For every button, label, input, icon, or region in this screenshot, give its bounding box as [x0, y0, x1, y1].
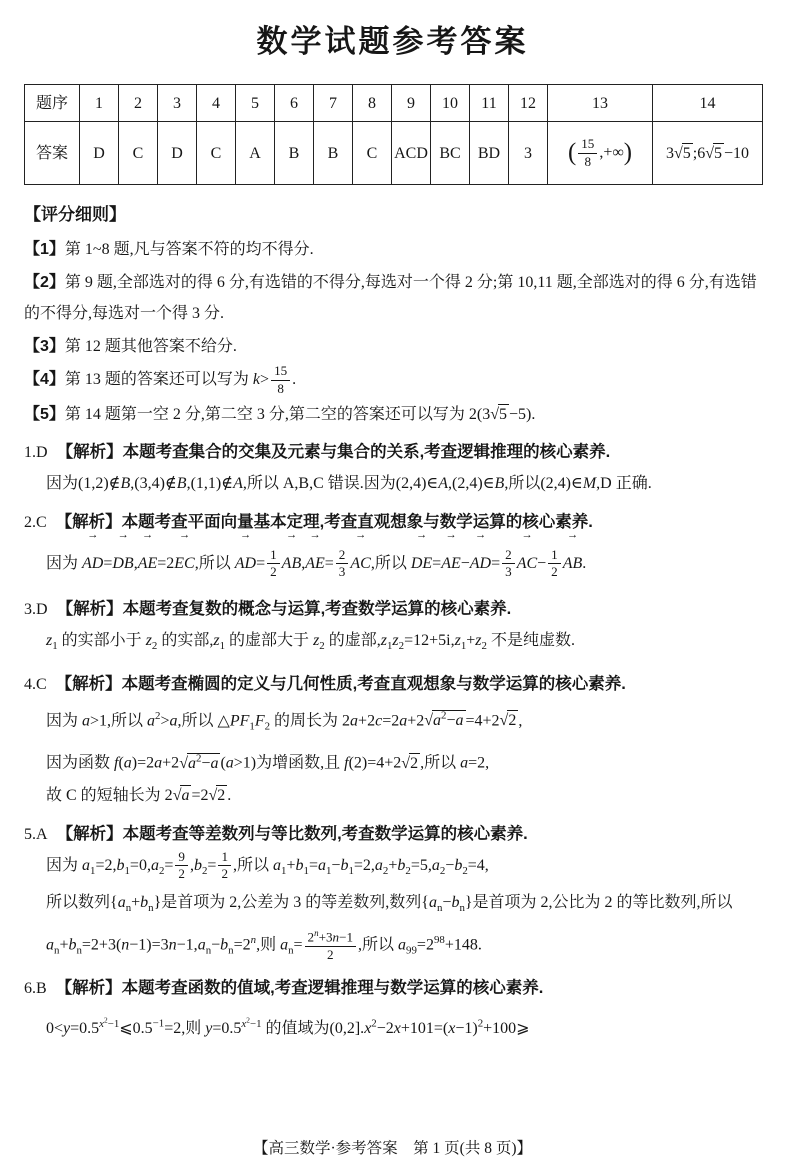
question-number-cell: 14	[653, 85, 763, 122]
question-number-cell: 1	[80, 85, 119, 122]
grading-item: 【1】第 1~8 题,凡与答案不符的均不得分.	[24, 234, 761, 265]
answer-cell: BD	[470, 122, 509, 185]
solution-analysis: 【解析】本题考查椭圆的定义与几何性质,考查直观想象与数学运算的核心素养.	[56, 675, 626, 693]
grading-item: 【5】第 14 题第一空 2 分,第二空 3 分,第二空的答案还可以写为 2(3…	[24, 399, 761, 430]
solution-body: 0<y=0.5x2−1⩽0.5−1=2,则 y=0.5x2−1 的值域为(0,2…	[46, 1004, 761, 1045]
solution-label: 5.A	[24, 826, 48, 843]
question-number-cell: 3	[158, 85, 197, 122]
solution-header: 4.C【解析】本题考查椭圆的定义与几何性质,考查直观想象与数学运算的核心素养.	[46, 669, 761, 700]
solution-label: 1.D	[24, 444, 48, 461]
solution-analysis: 【解析】本题考查等差数列与等比数列,考查数学运算的核心素养.	[57, 825, 528, 843]
question-number-cell: 6	[275, 85, 314, 122]
solution-block-5: 5.A【解析】本题考查等差数列与等比数列,考查数学运算的核心素养. 因为 a1=…	[24, 819, 761, 967]
answer-row-label: 答案	[25, 122, 80, 185]
solution-header: 6.B【解析】本题考查函数的值域,考查逻辑推理与数学运算的核心素养.	[46, 973, 761, 1004]
page-title: 数学试题参考答案	[24, 22, 761, 62]
answer-cell: A	[236, 122, 275, 185]
answer-cell: BC	[431, 122, 470, 185]
answer-cell: C	[197, 122, 236, 185]
solution-label: 4.C	[24, 676, 47, 693]
question-order-label: 题序	[25, 85, 80, 122]
answer-cell: (158,+∞)	[548, 122, 653, 185]
answer-cell: 3√5;6√5−10	[653, 122, 763, 185]
answer-cell: B	[314, 122, 353, 185]
question-number-cell: 10	[431, 85, 470, 122]
question-number-cell: 7	[314, 85, 353, 122]
answer-table-answer-row: 答案 D C D C A B B C ACD BC BD 3 (158,+∞) …	[25, 122, 763, 185]
solution-body: 因为 a>1,所以 a2>a,所以 △PF1F2 的周长为 2a+2c=2a+2…	[46, 700, 761, 812]
solution-header: 5.A【解析】本题考查等差数列与等比数列,考查数学运算的核心素养.	[46, 819, 761, 850]
grading-heading: 【评分细则】	[24, 199, 761, 230]
question-number-cell: 5	[236, 85, 275, 122]
question-number-cell: 9	[392, 85, 431, 122]
solution-body: z1 的实部小于 z2 的实部,z1 的虚部大于 z2 的虚部,z1z2=12+…	[46, 625, 761, 662]
solution-label: 3.D	[24, 601, 48, 618]
question-number-cell: 8	[353, 85, 392, 122]
answer-cell: B	[275, 122, 314, 185]
solution-body: 因为 a1=2,b1=0,a2=92,b2=12,所以 a1+b1=a1−b1=…	[46, 850, 761, 967]
solution-block-6: 6.B【解析】本题考查函数的值域,考查逻辑推理与数学运算的核心素养. 0<y=0…	[24, 973, 761, 1045]
answer-cell: D	[158, 122, 197, 185]
solution-block-1: 1.D【解析】本题考查集合的交集及元素与集合的关系,考查逻辑推理的核心素养. 因…	[24, 437, 761, 500]
solution-block-2: 2.C【解析】本题考查平面向量基本定理,考查直观想象与数学运算的核心素养. 因为…	[24, 507, 761, 587]
solution-block-4: 4.C【解析】本题考查椭圆的定义与几何性质,考查直观想象与数学运算的核心素养. …	[24, 669, 761, 812]
grading-item: 【2】第 9 题,全部选对的得 6 分,有选错的不得分,每选对一个得 2 分;第…	[24, 267, 761, 329]
solution-block-3: 3.D【解析】本题考查复数的概念与运算,考查数学运算的核心素养. z1 的实部小…	[24, 594, 761, 662]
solution-analysis: 【解析】本题考查平面向量基本定理,考查直观想象与数学运算的核心素养.	[56, 513, 593, 531]
question-number-cell: 4	[197, 85, 236, 122]
answer-table-header-row: 题序 1 2 3 4 5 6 7 8 9 10 11 12 13 14	[25, 85, 763, 122]
solution-header: 1.D【解析】本题考查集合的交集及元素与集合的关系,考查逻辑推理的核心素养.	[46, 437, 761, 468]
question-number-cell: 2	[119, 85, 158, 122]
question-number-cell: 13	[548, 85, 653, 122]
grading-item: 【3】第 12 题其他答案不给分.	[24, 331, 761, 362]
solution-body: 因为(1,2)∉B,(3,4)∉B,(1,1)∉A,所以 A,B,C 错误.因为…	[46, 468, 761, 500]
answer-cell: C	[353, 122, 392, 185]
answer-cell: D	[80, 122, 119, 185]
document-page: 数学试题参考答案 题序 1 2 3 4 5 6 7 8 9 10 11 12 1…	[0, 0, 785, 1169]
question-number-cell: 11	[470, 85, 509, 122]
solution-analysis: 【解析】本题考查集合的交集及元素与集合的关系,考查逻辑推理的核心素养.	[57, 443, 611, 461]
answer-cell: ACD	[392, 122, 431, 185]
answer-cell: C	[119, 122, 158, 185]
solution-label: 6.B	[24, 980, 47, 997]
solution-analysis: 【解析】本题考查复数的概念与运算,考查数学运算的核心素养.	[57, 600, 512, 618]
solution-analysis: 【解析】本题考查函数的值域,考查逻辑推理与数学运算的核心素养.	[56, 979, 544, 997]
answer-table: 题序 1 2 3 4 5 6 7 8 9 10 11 12 13 14 答案 D…	[24, 84, 763, 185]
question-number-cell: 12	[509, 85, 548, 122]
grading-section: 【评分细则】 【1】第 1~8 题,凡与答案不符的均不得分. 【2】第 9 题,…	[24, 199, 761, 430]
page-footer: 【高三数学·参考答案 第 1 页(共 8 页)】	[0, 1137, 785, 1161]
grading-item: 【4】第 13 题的答案还可以写为 k>158.	[24, 364, 761, 397]
solution-body: 因为 AD=DB,AE=2EC,所以 AD=12AB,AE=23AC,所以 DE…	[46, 541, 761, 587]
solution-label: 2.C	[24, 514, 47, 531]
answer-cell: 3	[509, 122, 548, 185]
solution-header: 3.D【解析】本题考查复数的概念与运算,考查数学运算的核心素养.	[46, 594, 761, 625]
solutions-section: 1.D【解析】本题考查集合的交集及元素与集合的关系,考查逻辑推理的核心素养. 因…	[24, 437, 761, 1046]
